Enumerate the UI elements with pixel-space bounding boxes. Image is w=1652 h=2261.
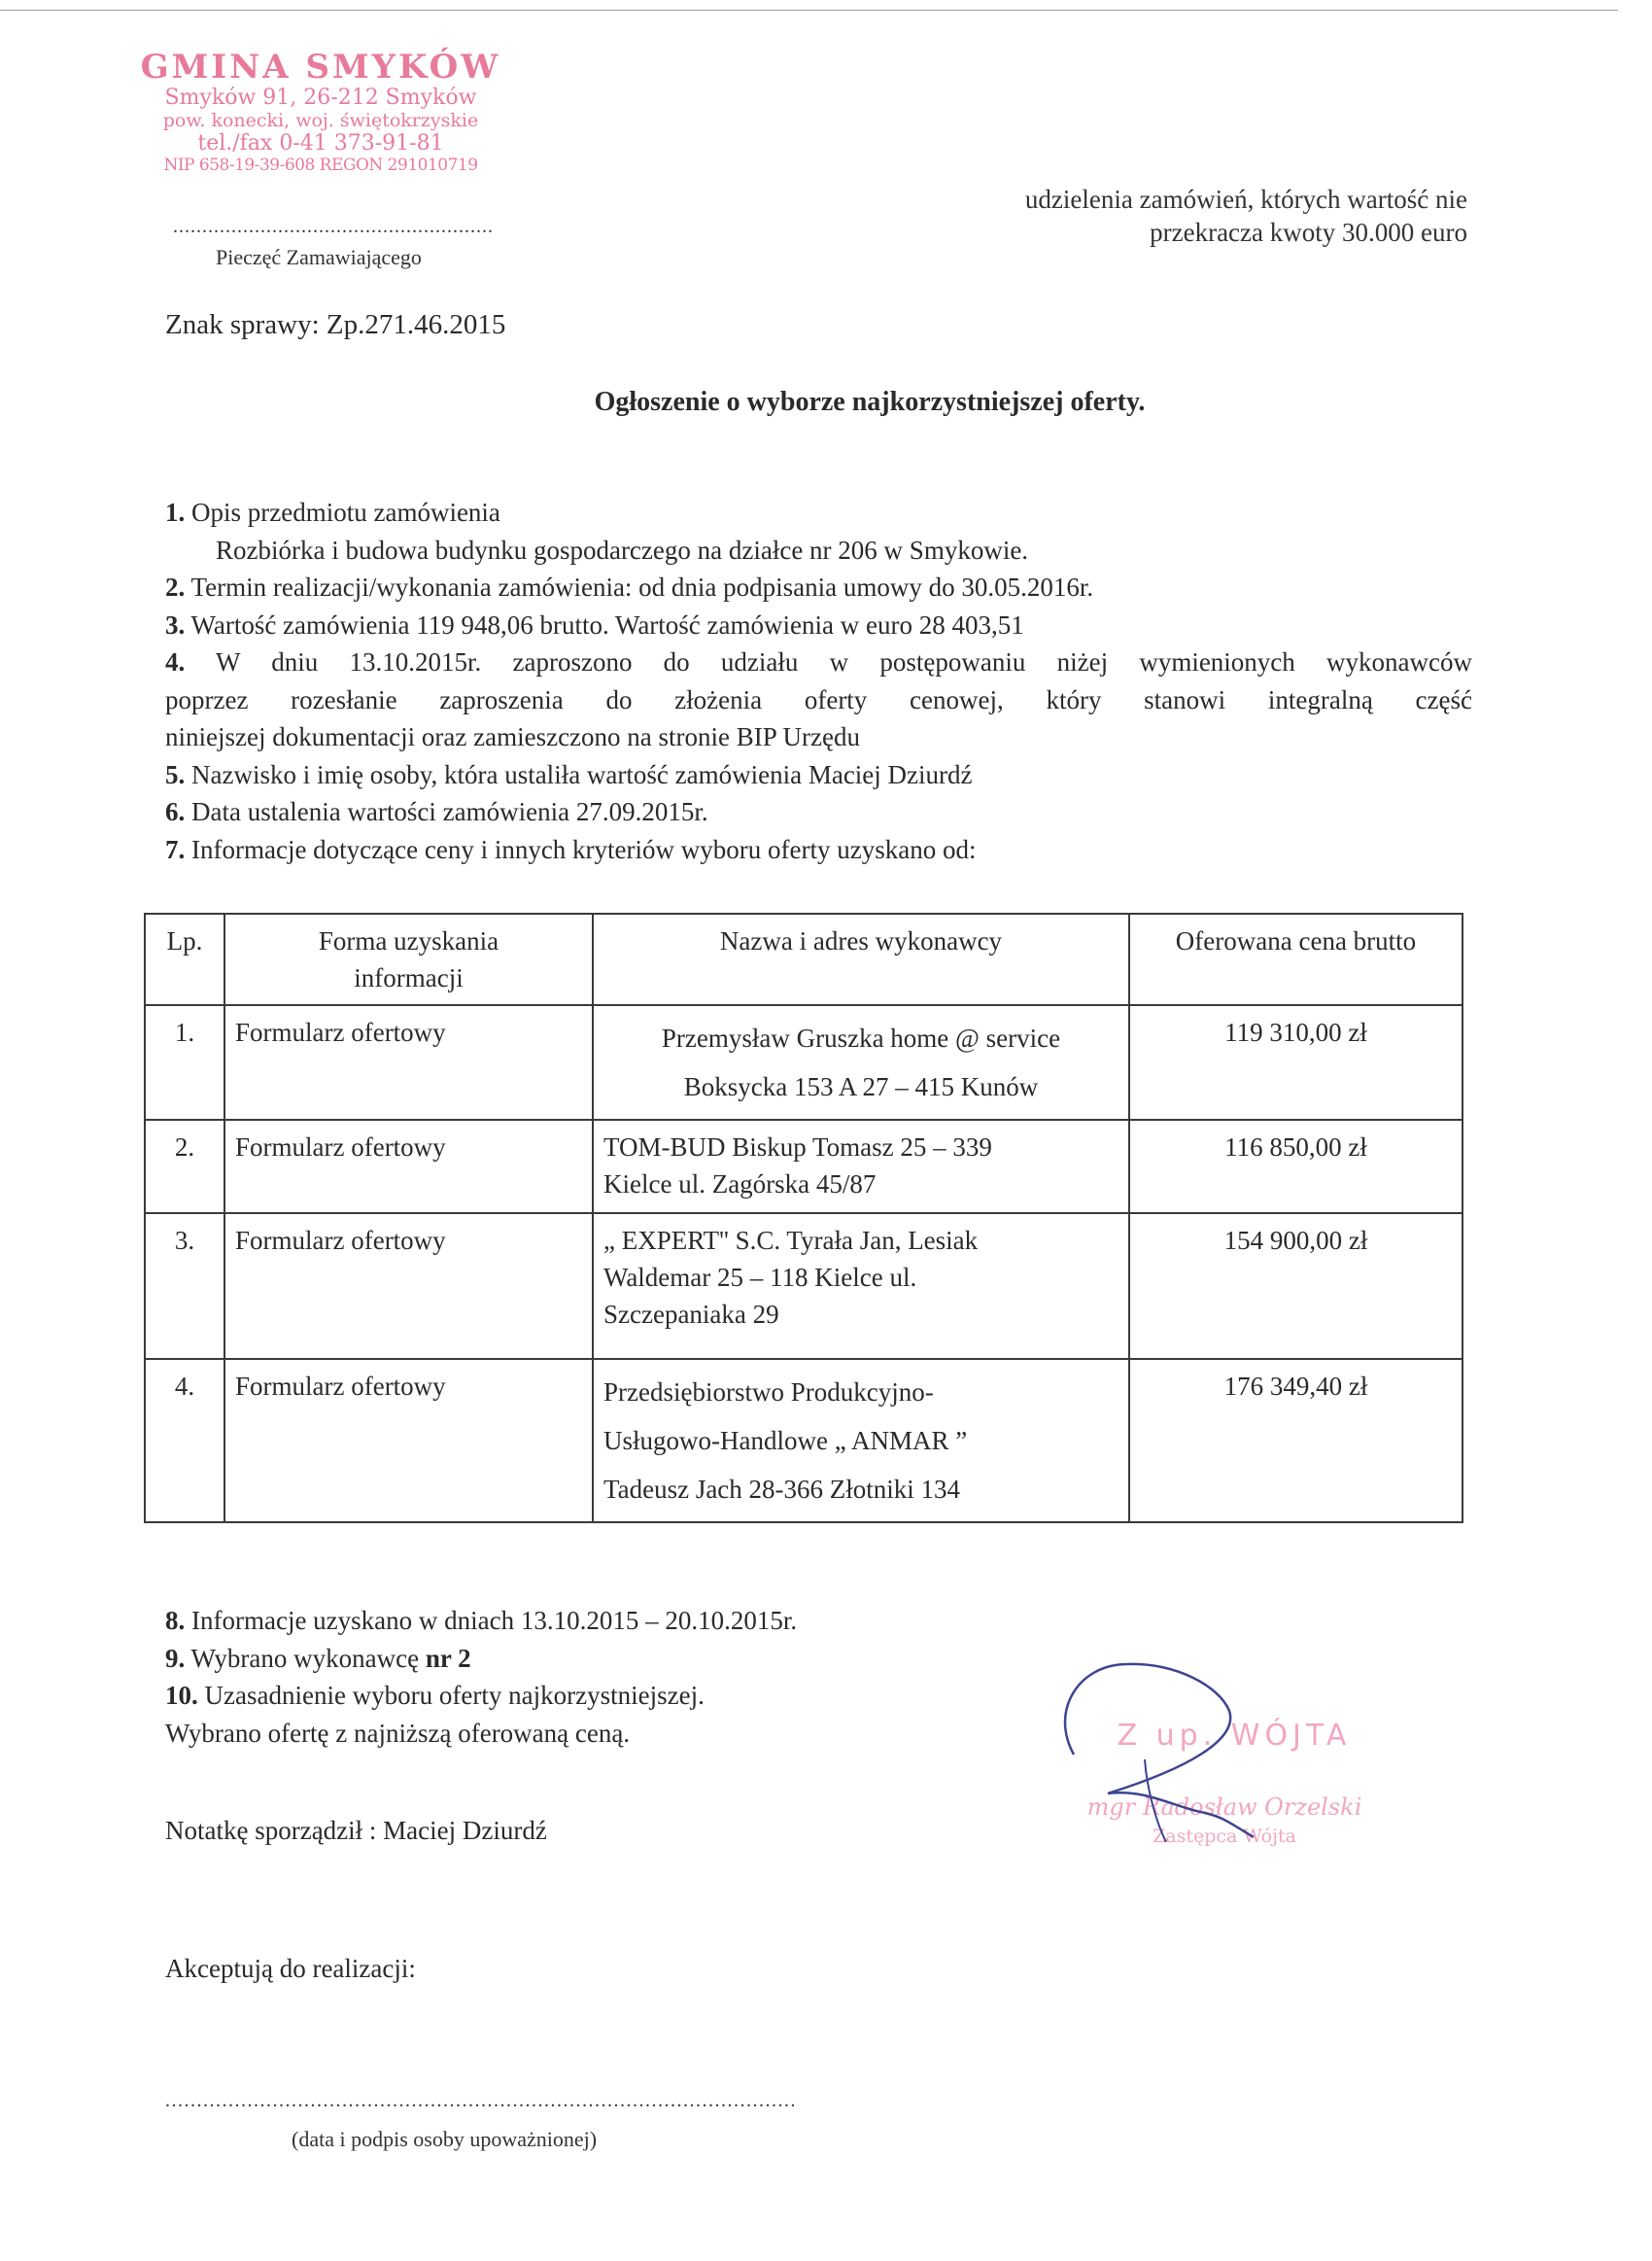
cell-contractor: Przedsiębiorstwo Produkcyjno- Usługowo-H… (593, 1359, 1129, 1522)
stamp-ids: NIP 658-19-39-608 REGON 291010719 (136, 157, 505, 174)
item-number: 9. (165, 1644, 185, 1673)
item-continuation: niniejszej dokumentacji oraz zamieszczon… (165, 718, 1472, 756)
list-item: 9. Wybrano wykonawcę nr 2 (165, 1640, 797, 1678)
cell-lp: 1. (145, 1005, 224, 1120)
acceptance-signature-line: ........................................… (165, 2090, 991, 2112)
cell-price: 116 850,00 zł (1129, 1120, 1463, 1213)
item-number: 10. (165, 1681, 198, 1710)
contractor-line: Boksycka 153 A 27 – 415 Kunów (603, 1062, 1119, 1111)
document-title: Ogłoszenie o wyborze najkorzystniejszej … (0, 387, 1652, 418)
table-header-row: Lp. Forma uzyskania informacji Nazwa i a… (145, 914, 1463, 1005)
list-item: 2. Termin realizacji/wykonania zamówieni… (165, 569, 1472, 607)
table-row: 3. Formularz ofertowy „ EXPERT'' S.C. Ty… (145, 1213, 1463, 1359)
stamp-name: GMINA SMYKÓW (136, 51, 505, 84)
list-item: 7. Informacje dotyczące ceny i innych kr… (165, 831, 1472, 869)
items-after-list: 8. Informacje uzyskano w dniach 13.10.20… (165, 1602, 797, 1752)
stamp-phone: tel./fax 0-41 373-91-81 (136, 133, 505, 155)
item-text: Data ustalenia wartości zamówienia 27.09… (191, 797, 708, 826)
contractor-line: Usługowo-Handlowe „ ANMAR ” (603, 1416, 1119, 1465)
item-number: 7. (165, 835, 185, 864)
header-right-note: udzielenia zamówień, których wartość nie… (913, 183, 1467, 249)
list-item: 4. W dniu 13.10.2015r. zaproszono do udz… (165, 644, 1472, 681)
stamp-district: pow. konecki, woj. świętokrzyskie (136, 112, 505, 130)
cell-contractor: Przemysław Gruszka home @ service Boksyc… (593, 1005, 1129, 1120)
cell-lp: 4. (145, 1359, 224, 1522)
header-form: Forma uzyskania informacji (224, 914, 593, 1005)
signature-block: Z up. WÓJTA mgr Radosław Orzelski Zastęp… (1050, 1652, 1419, 1886)
item-text: Informacje uzyskano w dniach 13.10.2015 … (191, 1606, 797, 1635)
contractor-line: TOM-BUD Biskup Tomasz 25 – 339 (603, 1129, 1119, 1165)
cell-price: 119 310,00 zł (1129, 1005, 1463, 1120)
header-price: Oferowana cena brutto (1129, 914, 1463, 1005)
cell-contractor: TOM-BUD Biskup Tomasz 25 – 339 Kielce ul… (593, 1120, 1129, 1213)
prepared-by-note: Notatkę sporządził : Maciej Dziurdź (165, 1816, 547, 1846)
offers-table: Lp. Forma uzyskania informacji Nazwa i a… (144, 913, 1463, 1523)
contractor-line: Waldemar 25 – 118 Kielce ul. (603, 1259, 1119, 1296)
cell-price: 176 349,40 zł (1129, 1359, 1463, 1522)
header-right-line-2: przekracza kwoty 30.000 euro (913, 216, 1467, 249)
contractor-line: Przedsiębiorstwo Produkcyjno- (603, 1368, 1119, 1416)
stamp-address: Smyków 91, 26-212 Smyków (136, 87, 505, 109)
stamp-dotted-line: ........................................… (173, 216, 494, 238)
issuer-stamp: GMINA SMYKÓW Smyków 91, 26-212 Smyków po… (136, 51, 505, 177)
cell-form: Formularz ofertowy (224, 1213, 593, 1359)
table-row: 2. Formularz ofertowy TOM-BUD Biskup Tom… (145, 1120, 1463, 1213)
item-text: Wartość zamówienia 119 948,06 brutto. Wa… (191, 610, 1024, 640)
item-text: Nazwisko i imię osoby, która ustaliła wa… (191, 760, 973, 789)
contractor-line: Tadeusz Jach 28-366 Złotniki 134 (603, 1465, 1119, 1513)
justification-text: Wybrano ofertę z najniższą oferowaną cen… (165, 1715, 797, 1753)
cell-form: Formularz ofertowy (224, 1005, 593, 1120)
item-text: Uzasadnienie wyboru oferty najkorzystnie… (205, 1681, 705, 1710)
handwritten-signature-icon (1050, 1652, 1419, 1886)
cell-form: Formularz ofertowy (224, 1359, 593, 1522)
list-item: 10. Uzasadnienie wyboru oferty najkorzys… (165, 1677, 797, 1715)
list-item: 5. Nazwisko i imię osoby, która ustaliła… (165, 756, 1472, 794)
acceptance-label: Akceptują do realizacji: (165, 1954, 416, 1984)
header-right-line-1: udzielenia zamówień, których wartość nie (913, 183, 1467, 216)
item-number: 1. (165, 498, 185, 527)
contractor-line: „ EXPERT'' S.C. Tyrała Jan, Lesiak (603, 1222, 1119, 1259)
cell-form: Formularz ofertowy (224, 1120, 593, 1213)
table-row: 1. Formularz ofertowy Przemysław Gruszka… (145, 1005, 1463, 1120)
acceptance-caption: (data i podpis osoby upoważnionej) (292, 2127, 597, 2152)
list-item: 1. Opis przedmiotu zamówienia (165, 494, 1472, 532)
cell-lp: 3. (145, 1213, 224, 1359)
list-item: 6. Data ustalenia wartości zamówienia 27… (165, 793, 1472, 831)
list-item: 8. Informacje uzyskano w dniach 13.10.20… (165, 1602, 797, 1640)
item-text: Informacje dotyczące ceny i innych kryte… (191, 835, 976, 864)
item-number: 4. (165, 647, 185, 677)
item-continuation: poprzez rozesłanie zaproszenia do złożen… (165, 681, 1472, 719)
item-number: 3. (165, 610, 185, 640)
header-contractor: Nazwa i adres wykonawcy (593, 914, 1129, 1005)
items-list: 1. Opis przedmiotu zamówienia Rozbiórka … (165, 494, 1472, 868)
table-row: 4. Formularz ofertowy Przedsiębiorstwo P… (145, 1359, 1463, 1522)
item-text: Wybrano wykonawcę (191, 1644, 426, 1673)
item-number: 2. (165, 573, 185, 602)
contractor-line: Przemysław Gruszka home @ service (603, 1014, 1119, 1062)
cell-lp: 2. (145, 1120, 224, 1213)
item-text: W dniu 13.10.2015r. zaproszono do udział… (216, 647, 1472, 677)
top-scan-rule (0, 10, 1618, 11)
item-text: Termin realizacji/wykonania zamówienia: … (191, 573, 1094, 602)
item-number: 8. (165, 1606, 185, 1635)
contractor-line: Kielce ul. Zagórska 45/87 (603, 1165, 1119, 1202)
item-text: Opis przedmiotu zamówienia (191, 498, 500, 527)
selected-contractor-number: nr 2 (426, 1644, 471, 1673)
list-item: 3. Wartość zamówienia 119 948,06 brutto.… (165, 607, 1472, 644)
stamp-caption: Pieczęć Zamawiającego (216, 245, 422, 270)
header-form-line: Forma uzyskania (235, 922, 582, 959)
item-number: 5. (165, 760, 185, 789)
cell-price: 154 900,00 zł (1129, 1213, 1463, 1359)
case-number: Znak sprawy: Zp.271.46.2015 (165, 309, 505, 341)
contractor-line: Szczepaniaka 29 (603, 1296, 1119, 1333)
header-lp: Lp. (145, 914, 224, 1005)
item-detail: Rozbiórka i budowa budynku gospodarczego… (165, 532, 1472, 570)
header-form-line: informacji (235, 959, 582, 996)
item-number: 6. (165, 797, 185, 826)
cell-contractor: „ EXPERT'' S.C. Tyrała Jan, Lesiak Walde… (593, 1213, 1129, 1359)
